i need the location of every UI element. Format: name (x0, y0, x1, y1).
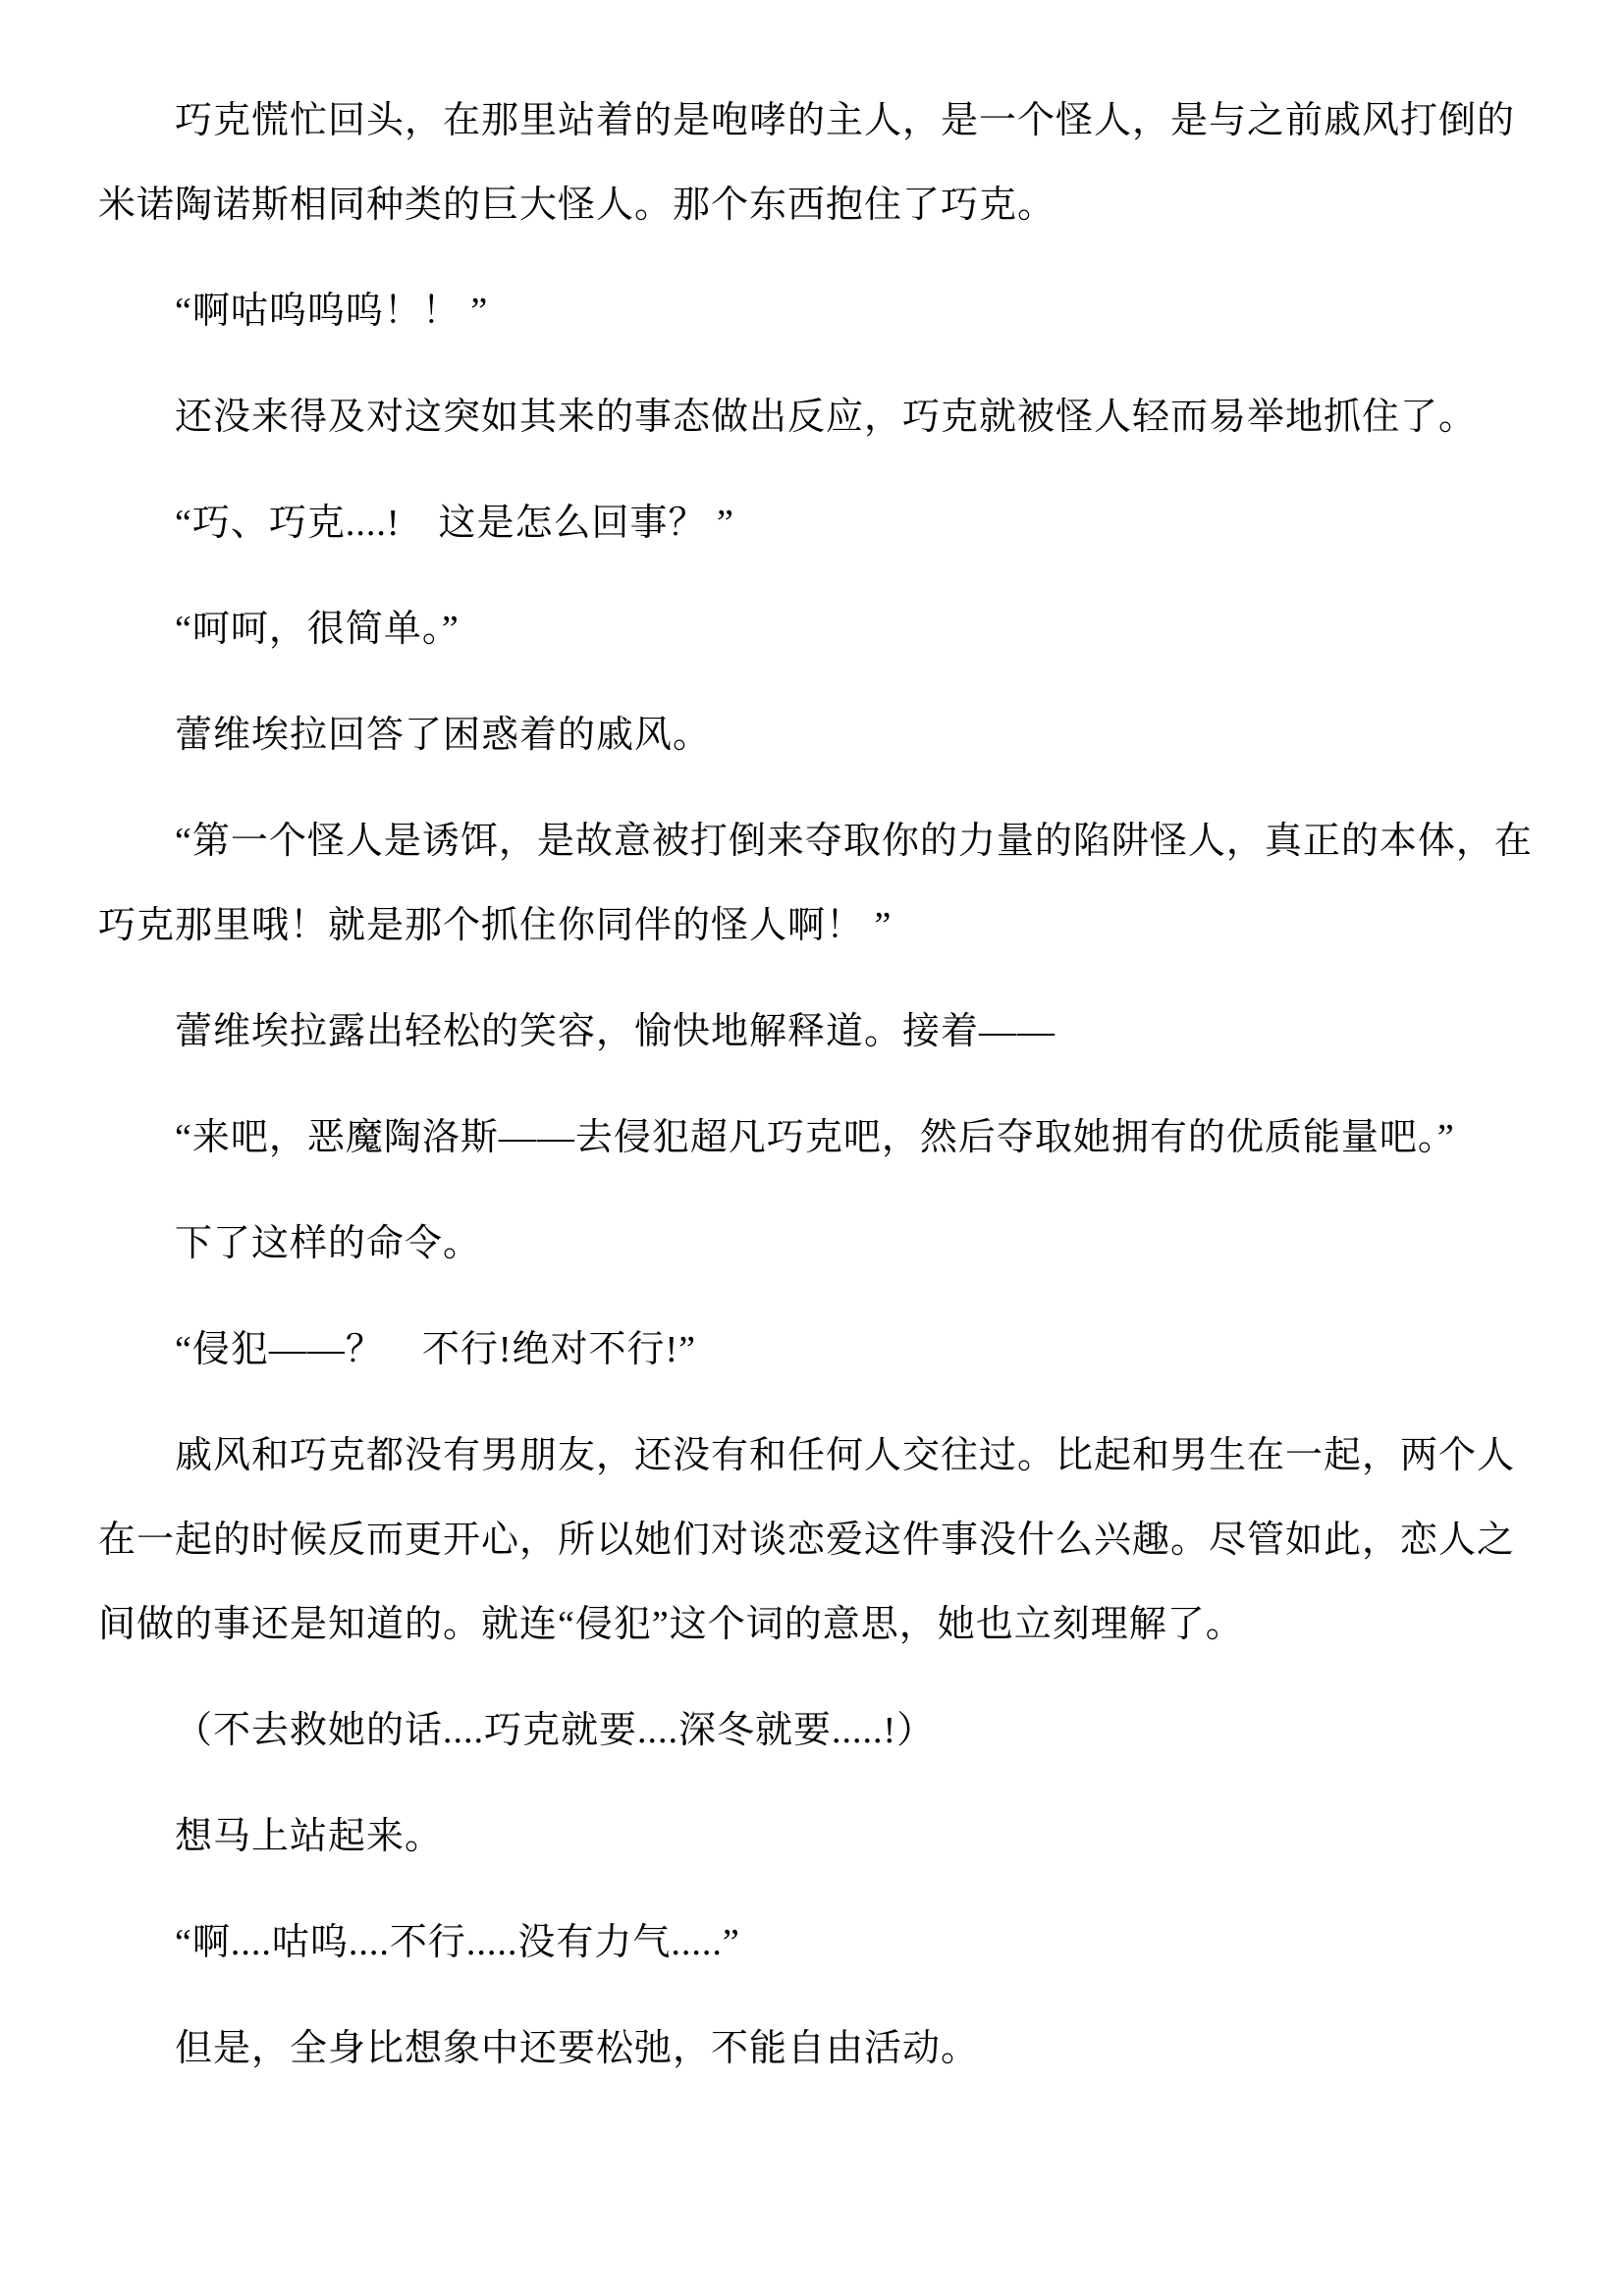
paragraph: 戚风和巧克都没有男朋友，还没有和任何人交往过。比起和男生在一起，两个人在一起的时… (98, 1414, 1530, 1667)
paragraph: 巧克慌忙回头，在那里站着的是咆哮的主人，是一个怪人，是与之前戚风打倒的米诺陶诺斯… (98, 79, 1530, 247)
paragraph: “巧、巧克....! 这是怎么回事？ ” (98, 481, 1530, 565)
paragraph: 蕾维埃拉回答了困惑着的戚风。 (98, 693, 1530, 777)
text-line: 巧克那里哦！就是那个抓住你同伴的怪人啊！ ” (98, 883, 1530, 968)
document-page: 巧克慌忙回头，在那里站着的是咆哮的主人，是一个怪人，是与之前戚风打倒的米诺陶诺斯… (0, 0, 1624, 2296)
text-line: 间做的事还是知道的。就连“侵犯”这个词的意思，她也立刻理解了。 (98, 1582, 1530, 1667)
text-line: 想马上站起来。 (98, 1794, 1530, 1879)
text-line: 米诺陶诺斯相同种类的巨大怪人。那个东西抱住了巧克。 (98, 163, 1530, 247)
page-body: 巧克慌忙回头，在那里站着的是咆哮的主人，是一个怪人，是与之前戚风打倒的米诺陶诺斯… (98, 79, 1530, 2091)
paragraph: “呵呵，很简单。” (98, 587, 1530, 671)
text-line: “侵犯——？ 不行!绝对不行!” (98, 1308, 1530, 1392)
text-line: “来吧，恶魔陶洛斯——去侵犯超凡巧克吧，然后夺取她拥有的优质能量吧。” (98, 1095, 1530, 1180)
text-line: “第一个怪人是诱饵，是故意被打倒来夺取你的力量的陷阱怪人，真正的本体，在 (98, 799, 1530, 883)
text-line: 巧克慌忙回头，在那里站着的是咆哮的主人，是一个怪人，是与之前戚风打倒的 (98, 79, 1530, 163)
text-line: “巧、巧克....! 这是怎么回事？ ” (98, 481, 1530, 565)
text-line: 还没来得及对这突如其来的事态做出反应，巧克就被怪人轻而易举地抓住了。 (98, 375, 1530, 459)
paragraph: “啊....咕呜....不行.....没有力气.....” (98, 1900, 1530, 1985)
paragraph: 下了这样的命令。 (98, 1201, 1530, 1286)
text-line: “啊....咕呜....不行.....没有力气.....” (98, 1900, 1530, 1985)
paragraph: 想马上站起来。 (98, 1794, 1530, 1879)
text-line: 下了这样的命令。 (98, 1201, 1530, 1286)
paragraph: “啊咕呜呜呜！！ ” (98, 269, 1530, 353)
text-line: “啊咕呜呜呜！！ ” (98, 269, 1530, 353)
paragraph: “侵犯——？ 不行!绝对不行!” (98, 1308, 1530, 1392)
text-line: 在一起的时候反而更开心，所以她们对谈恋爱这件事没什么兴趣。尽管如此，恋人之 (98, 1498, 1530, 1582)
paragraph: “第一个怪人是诱饵，是故意被打倒来夺取你的力量的陷阱怪人，真正的本体，在巧克那里… (98, 799, 1530, 968)
paragraph: （不去救她的话....巧克就要....深冬就要.....!） (98, 1688, 1530, 1773)
text-line: 但是，全身比想象中还要松弛，不能自由活动。 (98, 2006, 1530, 2091)
text-line: “呵呵，很简单。” (98, 587, 1530, 671)
text-line: （不去救她的话....巧克就要....深冬就要.....!） (98, 1688, 1530, 1773)
text-line: 蕾维埃拉回答了困惑着的戚风。 (98, 693, 1530, 777)
paragraph: “来吧，恶魔陶洛斯——去侵犯超凡巧克吧，然后夺取她拥有的优质能量吧。” (98, 1095, 1530, 1180)
text-line: 戚风和巧克都没有男朋友，还没有和任何人交往过。比起和男生在一起，两个人 (98, 1414, 1530, 1498)
paragraph: 但是，全身比想象中还要松弛，不能自由活动。 (98, 2006, 1530, 2091)
paragraph: 还没来得及对这突如其来的事态做出反应，巧克就被怪人轻而易举地抓住了。 (98, 375, 1530, 459)
paragraph: 蕾维埃拉露出轻松的笑容，愉快地解释道。接着—— (98, 989, 1530, 1074)
text-line: 蕾维埃拉露出轻松的笑容，愉快地解释道。接着—— (98, 989, 1530, 1074)
